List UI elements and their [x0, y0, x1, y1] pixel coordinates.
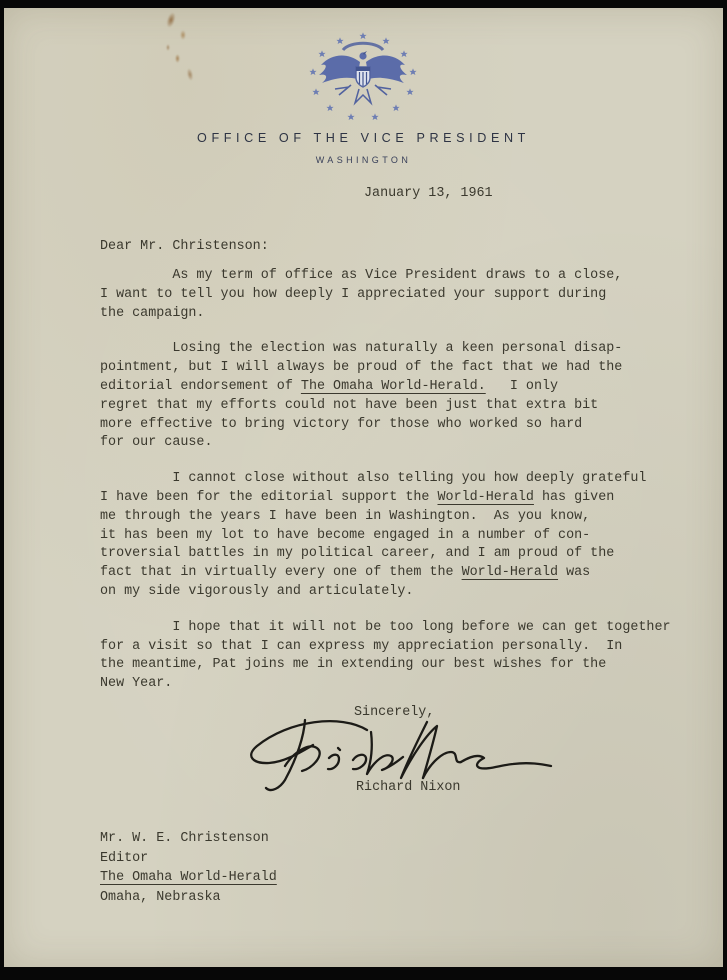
text-segment: Omaha, Nebraska [100, 890, 221, 905]
text-line: fact that in virtually every one of them… [100, 564, 671, 583]
text-segment: I cannot close without also telling you … [100, 471, 646, 486]
text-line: I want to tell you how deeply I apprecia… [100, 286, 671, 305]
foxing-spot [175, 54, 180, 63]
seal-eagle [319, 43, 407, 103]
letter-paragraph: I hope that it will not be too long befo… [100, 619, 671, 694]
letterhead-office: OFFICE OF THE VICE PRESIDENT [4, 131, 723, 145]
text-segment: me through the years I have been in Wash… [100, 509, 590, 524]
underlined-text: World-Herald [462, 565, 558, 580]
text-segment: more effective to bring victory for thos… [100, 417, 582, 432]
foxing-spot [165, 11, 178, 29]
underlined-text: The Omaha World-Herald. [301, 379, 486, 394]
letterhead-city: WASHINGTON [4, 155, 723, 165]
text-line: Editor [100, 849, 277, 869]
text-line: pointment, but I will always be proud of… [100, 359, 671, 378]
text-line: the meantime, Pat joins me in extending … [100, 656, 671, 675]
text-segment: for a visit so that I can express my app… [100, 639, 622, 654]
text-line: As my term of office as Vice President d… [100, 267, 671, 286]
text-line: for our cause. [100, 434, 671, 453]
text-segment: I have been for the editorial support th… [100, 490, 438, 505]
text-segment: New Year. [100, 676, 172, 691]
vice-president-seal-icon [305, 29, 421, 126]
text-line: for a visit so that I can express my app… [100, 638, 671, 657]
scan-frame: OFFICE OF THE VICE PRESIDENT WASHINGTON … [0, 0, 727, 980]
recipient-address: Mr. W. E. ChristensonEditorThe Omaha Wor… [100, 829, 277, 907]
text-line: Mr. W. E. Christenson [100, 829, 277, 849]
text-segment: regret that my efforts could not have be… [100, 398, 598, 413]
text-line: it has been my lot to have become engage… [100, 527, 671, 546]
text-line: The Omaha World-Herald [100, 868, 277, 888]
salutation: Dear Mr. Christenson: [100, 239, 269, 254]
text-segment: Mr. W. E. Christenson [100, 831, 269, 846]
letter-body: As my term of office as Vice President d… [100, 267, 671, 711]
text-segment: I want to tell you how deeply I apprecia… [100, 287, 606, 302]
text-line: Losing the election was naturally a keen… [100, 340, 671, 359]
text-line: I cannot close without also telling you … [100, 470, 671, 489]
letter-paragraph: I cannot close without also telling you … [100, 470, 671, 602]
text-segment: on my side vigorously and articulately. [100, 584, 413, 599]
underlined-text: World-Herald [438, 490, 534, 505]
foxing-spot [180, 30, 186, 40]
letter-date: January 13, 1961 [364, 186, 493, 201]
text-line: Omaha, Nebraska [100, 888, 277, 908]
text-segment: has given [534, 490, 614, 505]
text-segment: As my term of office as Vice President d… [100, 268, 622, 283]
text-segment: I hope that it will not be too long befo… [100, 620, 671, 635]
foxing-spot [186, 68, 195, 82]
text-segment: fact that in virtually every one of them… [100, 565, 462, 580]
text-segment: troversial battles in my political caree… [100, 546, 614, 561]
text-segment: I only [486, 379, 558, 394]
text-line: New Year. [100, 675, 671, 694]
text-line: the campaign. [100, 305, 671, 324]
text-line: I hope that it will not be too long befo… [100, 619, 671, 638]
letter-paragraph: Losing the election was naturally a keen… [100, 340, 671, 453]
text-line: me through the years I have been in Wash… [100, 508, 671, 527]
text-segment: the campaign. [100, 306, 204, 321]
text-line: regret that my efforts could not have be… [100, 397, 671, 416]
text-line: more effective to bring victory for thos… [100, 416, 671, 435]
letter-page: OFFICE OF THE VICE PRESIDENT WASHINGTON … [4, 8, 723, 967]
underlined-text: The Omaha World-Herald [100, 870, 277, 885]
text-segment: Editor [100, 851, 148, 866]
text-segment: editorial endorsement of [100, 379, 301, 394]
text-segment: it has been my lot to have become engage… [100, 528, 590, 543]
text-line: troversial battles in my political caree… [100, 545, 671, 564]
text-line: on my side vigorously and articulately. [100, 583, 671, 602]
foxing-spot [166, 44, 170, 51]
text-segment: the meantime, Pat joins me in extending … [100, 657, 606, 672]
typed-signature-name: Richard Nixon [356, 780, 460, 795]
text-segment: for our cause. [100, 435, 213, 450]
text-segment: Losing the election was naturally a keen… [100, 341, 622, 356]
text-segment: pointment, but I will always be proud of… [100, 360, 622, 375]
text-segment: was [558, 565, 590, 580]
letter-paragraph: As my term of office as Vice President d… [100, 267, 671, 323]
text-line: I have been for the editorial support th… [100, 489, 671, 508]
text-line: editorial endorsement of The Omaha World… [100, 378, 671, 397]
